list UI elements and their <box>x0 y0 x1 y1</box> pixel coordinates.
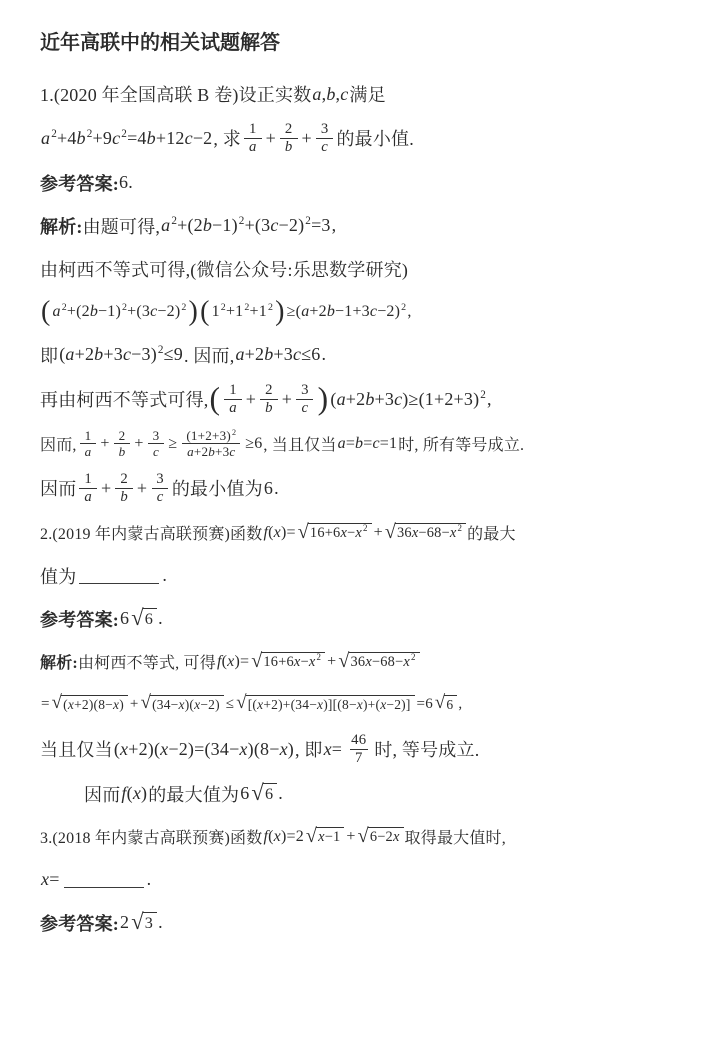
math-run: + <box>100 435 109 453</box>
text-run: . <box>278 783 283 804</box>
document-line: 参考答案: 6√6. <box>40 603 668 635</box>
text-run: , <box>332 215 337 236</box>
sqrt-expression: √x−1 <box>306 827 345 847</box>
document-line: x=. <box>40 864 668 896</box>
math-run: x= <box>324 739 343 760</box>
sqrt-expression: √(x+2)(8−x) <box>52 695 128 714</box>
text-run: 因而, <box>40 432 77 455</box>
big-paren: ) <box>275 299 285 324</box>
math-run: + <box>266 128 276 149</box>
bold-label: 解析: <box>40 650 78 673</box>
document-line: 参考答案: 2√3. <box>40 907 668 939</box>
text-run: . <box>274 478 279 499</box>
document-line: 解析: 由题可得, a2+(2b−1)2+(3c−2)2=3, <box>40 210 668 242</box>
math-run: 6 <box>264 478 273 499</box>
text-run: , 当且仅当 <box>263 432 336 455</box>
math-run: + <box>246 389 256 410</box>
math-run: (a+2b+3c)≥(1+2+3)2 <box>330 389 486 410</box>
math-run: + <box>137 478 147 499</box>
fraction: 1a <box>79 471 97 506</box>
sqrt-expression: √6−2x <box>358 827 404 847</box>
fraction: 2b <box>280 121 298 156</box>
big-paren: ( <box>210 385 221 413</box>
text-run: . <box>158 608 163 629</box>
text-run: , <box>487 389 492 410</box>
fraction: 467 <box>346 732 371 767</box>
text-run: 因而 <box>84 781 120 807</box>
math-run: + <box>327 653 336 671</box>
big-paren: ( <box>200 299 210 324</box>
text-run: 2.(2019 年内蒙古高联预赛)函数 <box>40 521 262 544</box>
sqrt-expression: √16+6x−x2 <box>251 652 325 672</box>
text-run: 的最小值. <box>336 125 414 151</box>
document-line: 解析: 由柯西不等式, 可得f(x)=√16+6x−x2+√36x−68−x2 <box>40 646 668 678</box>
math-run: a=b=c=1 <box>338 435 398 453</box>
document-line: 因而,1a+2b+3c≥(1+2+3)2a+2b+3c≥6, 当且仅当a=b=c… <box>40 428 668 460</box>
text-run: . <box>147 869 152 890</box>
text-run: 时, 等号成立. <box>374 736 479 762</box>
fraction: 3c <box>151 471 169 506</box>
text-run: 取得最大值时, <box>405 825 506 848</box>
math-run: 6 <box>120 608 129 629</box>
math-run: ≥6 <box>245 435 262 453</box>
document-line: 值为. <box>40 560 668 592</box>
math-run: 6 <box>240 783 249 804</box>
math-run: (a+2b+3c−3)2≤9 <box>59 344 183 365</box>
big-paren: ) <box>318 385 329 413</box>
big-paren: ( <box>41 299 51 324</box>
bold-label: 参考答案: <box>40 170 119 196</box>
math-run: + <box>130 696 139 713</box>
math-run: ≥ <box>168 435 177 453</box>
document-line: 当且仅当(x+2)(x−2)=(34−x)(8−x), 即x=467时, 等号成… <box>40 732 668 767</box>
text-run: 即 <box>40 342 58 368</box>
text-run: . <box>162 565 167 586</box>
sqrt-expression: √6 <box>435 695 457 714</box>
math-run: a2+(2b−1)2+(3c−2)2 <box>53 303 187 321</box>
fraction: 3c <box>296 382 314 417</box>
text-run: 1.(2020 年全国高联 B 卷)设正实数 <box>40 81 311 107</box>
text-run: 满足 <box>349 81 385 107</box>
text-run: 的最大值为 <box>148 781 239 807</box>
sqrt-expression: √36x−68−x2 <box>338 652 419 672</box>
text-run: , <box>407 303 411 321</box>
document-line: a2+4b2+9c2=4b+12c−2, 求1a+2b+3c的最小值. <box>40 121 668 156</box>
document-page: 近年高联中的相关试题解答 1.(2020 年全国高联 B 卷)设正实数a,b,c… <box>0 0 706 939</box>
math-run: f(x)=2 <box>263 828 303 846</box>
math-run: (x+2)(x−2)=(34−x)(8−x) <box>114 739 294 760</box>
fraction: 2b <box>114 428 131 459</box>
math-run: a+2b+3c≤6 <box>235 344 320 365</box>
fraction: 3c <box>148 428 165 459</box>
sqrt-expression: √[(x+2)+(34−x)][(8−x)+(x−2)] <box>236 695 414 714</box>
math-run: 12+12+12 <box>212 303 274 321</box>
big-paren: ) <box>189 299 199 324</box>
math-run: =6 <box>417 696 433 713</box>
document-line: 3.(2018 年内蒙古高联预赛)函数f(x)=2√x−1+√6−2x取得最大值… <box>40 821 668 853</box>
math-run: + <box>101 478 111 499</box>
bold-label: 参考答案: <box>40 910 119 936</box>
text-run: 由柯西不等式, 可得 <box>78 650 216 673</box>
text-run: 由柯西不等式可得,(微信公众号:乐思数学研究) <box>40 256 408 282</box>
fraction: 1a <box>224 382 242 417</box>
bold-label: 参考答案: <box>40 606 119 632</box>
text-run: 的最大 <box>467 521 516 544</box>
math-run: 2 <box>120 912 129 933</box>
text-run: , <box>458 696 462 713</box>
document-line: 1.(2020 年全国高联 B 卷)设正实数a,b,c满足 <box>40 78 668 110</box>
fraction: 3c <box>316 121 334 156</box>
fraction: 2b <box>115 471 133 506</box>
document-line: =√(x+2)(8−x)+√(34−x)(x−2)≤√[(x+2)+(34−x)… <box>40 689 668 721</box>
text-run: , 求 <box>213 125 241 151</box>
document-line: 即(a+2b+3c−3)2≤9. 因而, a+2b+3c≤6. <box>40 339 668 371</box>
text-run: 值为 <box>40 563 76 589</box>
text-run: 因而 <box>40 475 76 501</box>
math-run: = <box>41 696 50 713</box>
sqrt-expression: √6 <box>131 608 157 631</box>
math-run: a2+(2b−1)2+(3c−2)2=3 <box>161 215 331 236</box>
text-run: 时, 所有等号成立. <box>398 432 524 455</box>
document-line: 参考答案: 6. <box>40 167 668 199</box>
math-run: ≤ <box>226 696 234 713</box>
math-run: + <box>346 828 355 846</box>
document-line: 由柯西不等式可得,(微信公众号:乐思数学研究) <box>40 253 668 285</box>
text-run: 再由柯西不等式可得, <box>40 386 209 412</box>
text-run: 3.(2018 年内蒙古高联预赛)函数 <box>40 825 262 848</box>
fraction: 1a <box>80 428 97 459</box>
bold-label: 解析: <box>40 213 83 239</box>
math-run: + <box>302 128 312 149</box>
fraction: (1+2+3)2a+2b+3c <box>181 428 241 459</box>
text-run: . 因而, <box>184 342 235 368</box>
math-run: a2+4b2+9c2=4b+12c−2 <box>41 128 212 149</box>
document-line: (a2+(2b−1)2+(3c−2)2)(12+12+12)≥(a+2b−1+3… <box>40 296 668 328</box>
math-run: x= <box>41 869 60 890</box>
document-line: 因而1a+2b+3c的最小值为6. <box>40 471 668 506</box>
blank-underline <box>64 871 144 888</box>
math-run: + <box>134 435 143 453</box>
fraction: 2b <box>260 382 278 417</box>
sqrt-expression: √36x−68−x2 <box>385 523 466 543</box>
math-run: f(x)= <box>263 524 295 542</box>
math-run: + <box>374 524 383 542</box>
math-run: + <box>282 389 292 410</box>
math-run: f(x) <box>121 783 147 804</box>
fraction: 1a <box>244 121 262 156</box>
text-run: , 即 <box>295 736 323 762</box>
blank-underline <box>79 567 159 584</box>
text-run: 当且仅当 <box>40 736 113 762</box>
document-line: 再由柯西不等式可得,(1a+2b+3c)(a+2b+3c)≥(1+2+3)2, <box>40 382 668 417</box>
text-run: . <box>321 344 326 365</box>
text-run: . <box>158 912 163 933</box>
text-run: 6. <box>119 172 133 193</box>
sqrt-expression: √(34−x)(x−2) <box>141 695 224 714</box>
document-line: 因而f(x)的最大值为6√6. <box>40 778 668 810</box>
text-run: 的最小值为 <box>172 475 263 501</box>
document-title: 近年高联中的相关试题解答 <box>40 26 668 56</box>
document-lines: 1.(2020 年全国高联 B 卷)设正实数a,b,c满足a2+4b2+9c2=… <box>40 78 668 939</box>
sqrt-expression: √6 <box>251 783 277 806</box>
sqrt-expression: √16+6x−x2 <box>298 523 372 543</box>
math-run: f(x)= <box>217 653 249 671</box>
document-line: 2.(2019 年内蒙古高联预赛)函数f(x)=√16+6x−x2+√36x−6… <box>40 517 668 549</box>
sqrt-expression: √3 <box>131 912 157 935</box>
math-run: ≥(a+2b−1+3c−2)2 <box>287 303 407 321</box>
text-run: 由题可得, <box>83 213 161 239</box>
math-run: a,b,c <box>312 84 348 105</box>
